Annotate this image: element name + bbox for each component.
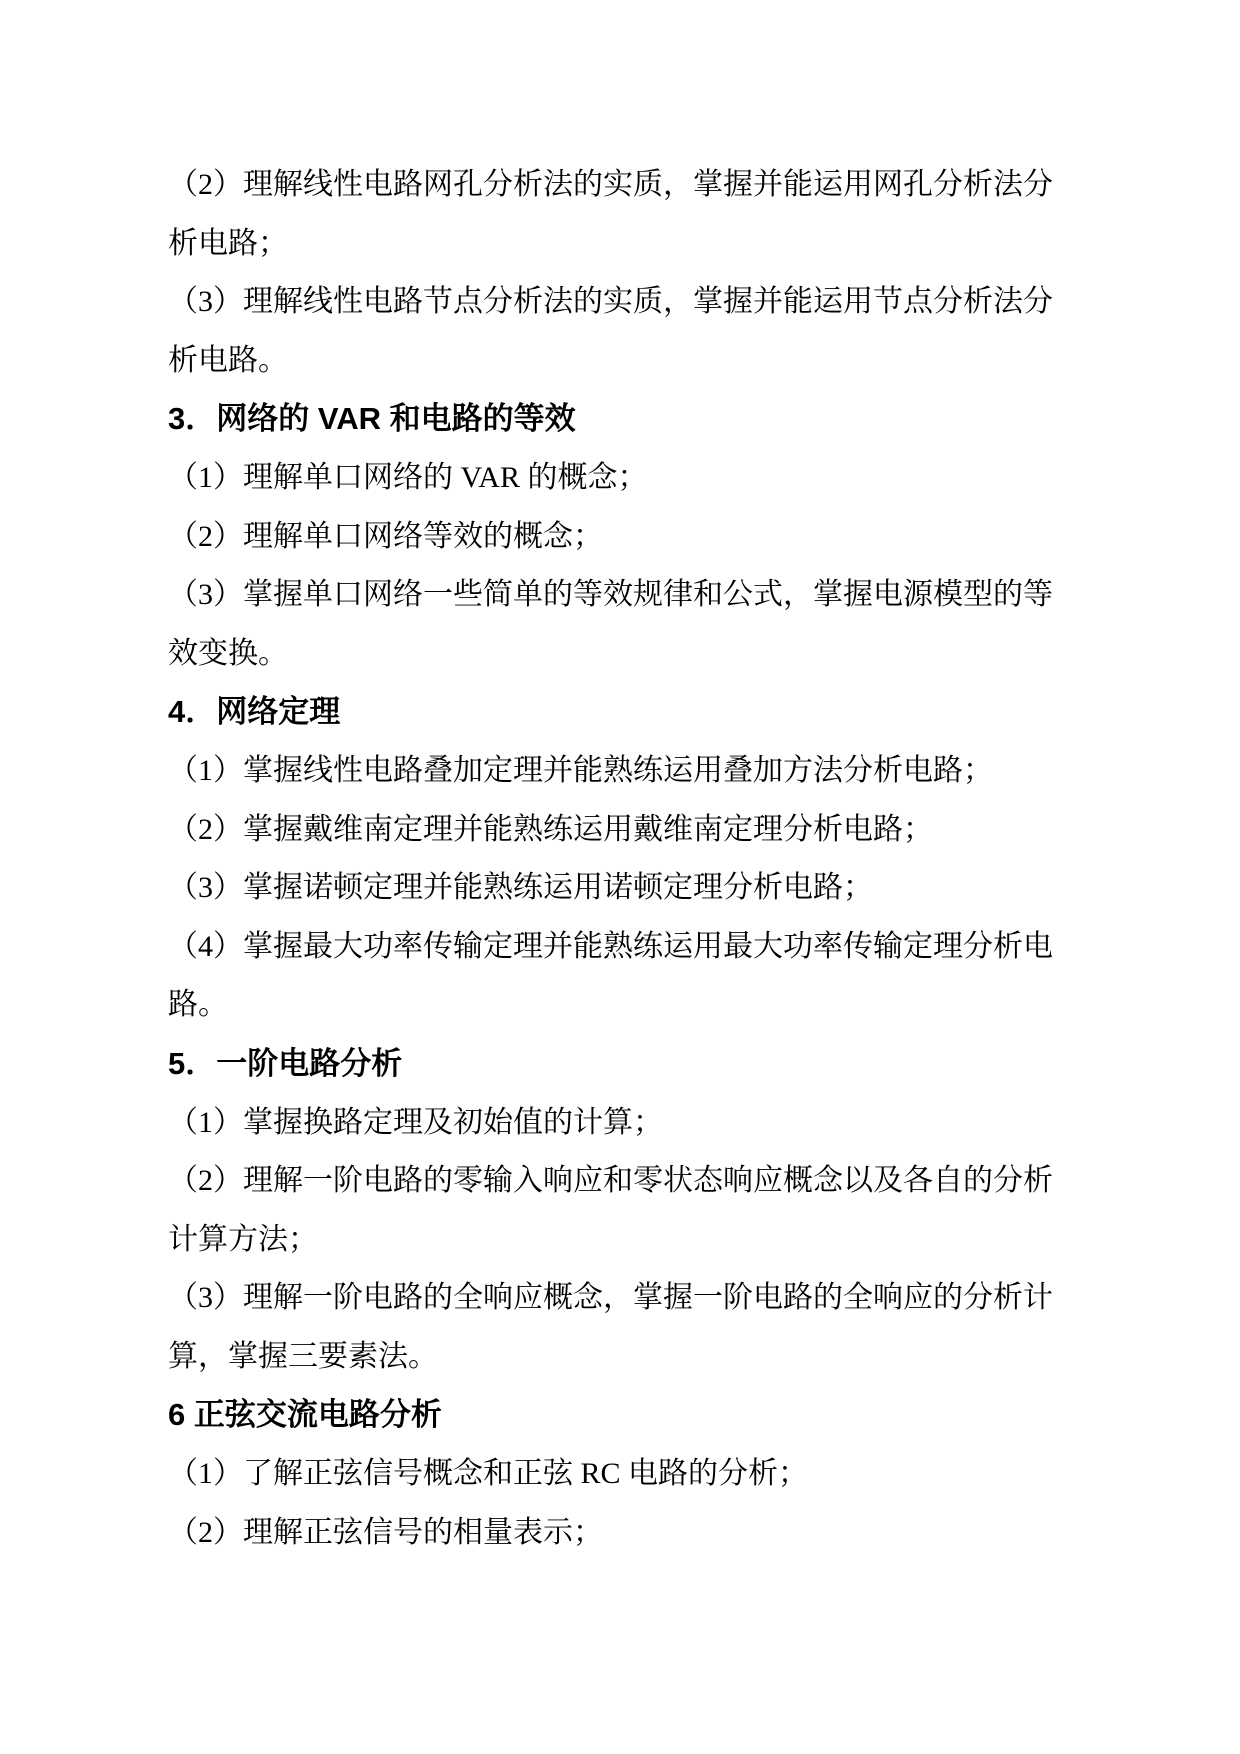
body-line: 计算方法； bbox=[168, 1211, 1078, 1270]
body-line: 效变换。 bbox=[168, 625, 1078, 684]
body-line: （1）理解单口网络的 VAR 的概念； bbox=[168, 449, 1078, 508]
heading-section-5: 5．一阶电路分析 bbox=[168, 1035, 1078, 1094]
body-line: （1）掌握换路定理及初始值的计算； bbox=[168, 1094, 1078, 1153]
body-line: （4）掌握最大功率传输定理并能熟练运用最大功率传输定理分析电 bbox=[168, 918, 1078, 977]
body-line: （3）理解一阶电路的全响应概念，掌握一阶电路的全响应的分析计 bbox=[168, 1269, 1078, 1328]
body-line: （2）理解一阶电路的零输入响应和零状态响应概念以及各自的分析 bbox=[168, 1152, 1078, 1211]
body-line: 路。 bbox=[168, 976, 1078, 1035]
document-page: （2）理解线性电路网孔分析法的实质，掌握并能运用网孔分析法分 析电路； （3）理… bbox=[0, 0, 1240, 1754]
document-body: （2）理解线性电路网孔分析法的实质，掌握并能运用网孔分析法分 析电路； （3）理… bbox=[168, 156, 1078, 1562]
heading-section-4: 4．网络定理 bbox=[168, 683, 1078, 742]
heading-section-6: 6 正弦交流电路分析 bbox=[168, 1386, 1078, 1445]
body-line: 算，掌握三要素法。 bbox=[168, 1328, 1078, 1387]
heading-section-3: 3．网络的 VAR 和电路的等效 bbox=[168, 390, 1078, 449]
body-line: （1）了解正弦信号概念和正弦 RC 电路的分析； bbox=[168, 1445, 1078, 1504]
body-line: （1）掌握线性电路叠加定理并能熟练运用叠加方法分析电路； bbox=[168, 742, 1078, 801]
body-line: （3）掌握诺顿定理并能熟练运用诺顿定理分析电路； bbox=[168, 859, 1078, 918]
body-line: （2）掌握戴维南定理并能熟练运用戴维南定理分析电路； bbox=[168, 801, 1078, 860]
body-line: （2）理解线性电路网孔分析法的实质，掌握并能运用网孔分析法分 bbox=[168, 156, 1078, 215]
body-line: （2）理解正弦信号的相量表示； bbox=[168, 1504, 1078, 1563]
body-line: （2）理解单口网络等效的概念； bbox=[168, 508, 1078, 567]
body-line: （3）理解线性电路节点分析法的实质，掌握并能运用节点分析法分 bbox=[168, 273, 1078, 332]
body-line: 析电路。 bbox=[168, 332, 1078, 391]
body-line: （3）掌握单口网络一些简单的等效规律和公式，掌握电源模型的等 bbox=[168, 566, 1078, 625]
body-line: 析电路； bbox=[168, 215, 1078, 274]
